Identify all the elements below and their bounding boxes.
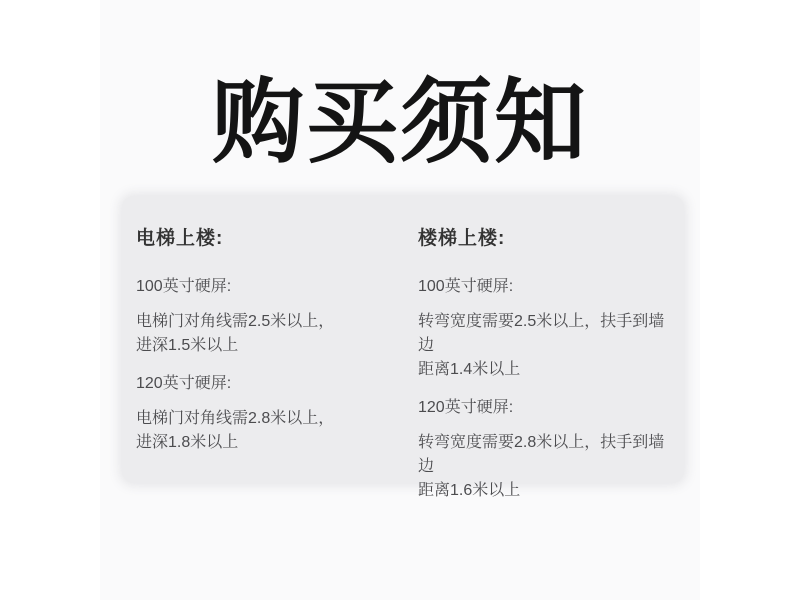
requirement-line-1: 电梯门对角线需2.8米以上， [136, 407, 418, 431]
requirement-text: 电梯门对角线需2.5米以上， 进深1.5米以上 [136, 310, 418, 358]
requirement-line-1: 转弯宽度需要2.5米以上，扶手到墙边 [418, 310, 674, 358]
requirement-line-2: 进深1.8米以上 [136, 431, 418, 455]
screen-size-label: 100英寸硬屏: [418, 275, 674, 298]
elevator-section-120: 120英寸硬屏: 电梯门对角线需2.8米以上， 进深1.8米以上 [136, 372, 418, 455]
requirement-line-2: 进深1.5米以上 [136, 334, 418, 358]
content-area: 购买须知 电梯上楼: 100英寸硬屏: 电梯门对角线需2.5米以上， 进深1.5… [100, 0, 700, 600]
column-stairs-header: 楼梯上楼: [418, 226, 674, 252]
column-stairs: 楼梯上楼: 100英寸硬屏: 转弯宽度需要2.5米以上，扶手到墙边 距离1.4米… [418, 226, 674, 455]
stairs-section-120: 120英寸硬屏: 转弯宽度需要2.8米以上，扶手到墙边 距离1.6米以上 [418, 396, 674, 503]
purchase-notice-image: 购买须知 电梯上楼: 100英寸硬屏: 电梯门对角线需2.5米以上， 进深1.5… [0, 0, 800, 600]
screen-size-label: 120英寸硬屏: [418, 396, 674, 419]
requirement-text: 电梯门对角线需2.8米以上， 进深1.8米以上 [136, 407, 418, 455]
requirement-line-2: 距离1.4米以上 [418, 358, 674, 382]
notice-panel: 电梯上楼: 100英寸硬屏: 电梯门对角线需2.5米以上， 进深1.5米以上 1… [122, 196, 684, 483]
elevator-section-100: 100英寸硬屏: 电梯门对角线需2.5米以上， 进深1.5米以上 [136, 275, 418, 358]
requirement-line-1: 转弯宽度需要2.8米以上，扶手到墙边 [418, 431, 674, 479]
requirement-line-1: 电梯门对角线需2.5米以上， [136, 310, 418, 334]
requirement-line-2: 距离1.6米以上 [418, 479, 674, 503]
stairs-section-100: 100英寸硬屏: 转弯宽度需要2.5米以上，扶手到墙边 距离1.4米以上 [418, 275, 674, 382]
requirement-text: 转弯宽度需要2.5米以上，扶手到墙边 距离1.4米以上 [418, 310, 674, 382]
screen-size-label: 120英寸硬屏: [136, 372, 418, 395]
screen-size-label: 100英寸硬屏: [136, 275, 418, 298]
page-title: 购买须知 [100, 72, 700, 174]
column-elevator-header: 电梯上楼: [136, 226, 418, 252]
column-elevator: 电梯上楼: 100英寸硬屏: 电梯门对角线需2.5米以上， 进深1.5米以上 1… [136, 226, 418, 455]
requirement-text: 转弯宽度需要2.8米以上，扶手到墙边 距离1.6米以上 [418, 431, 674, 503]
